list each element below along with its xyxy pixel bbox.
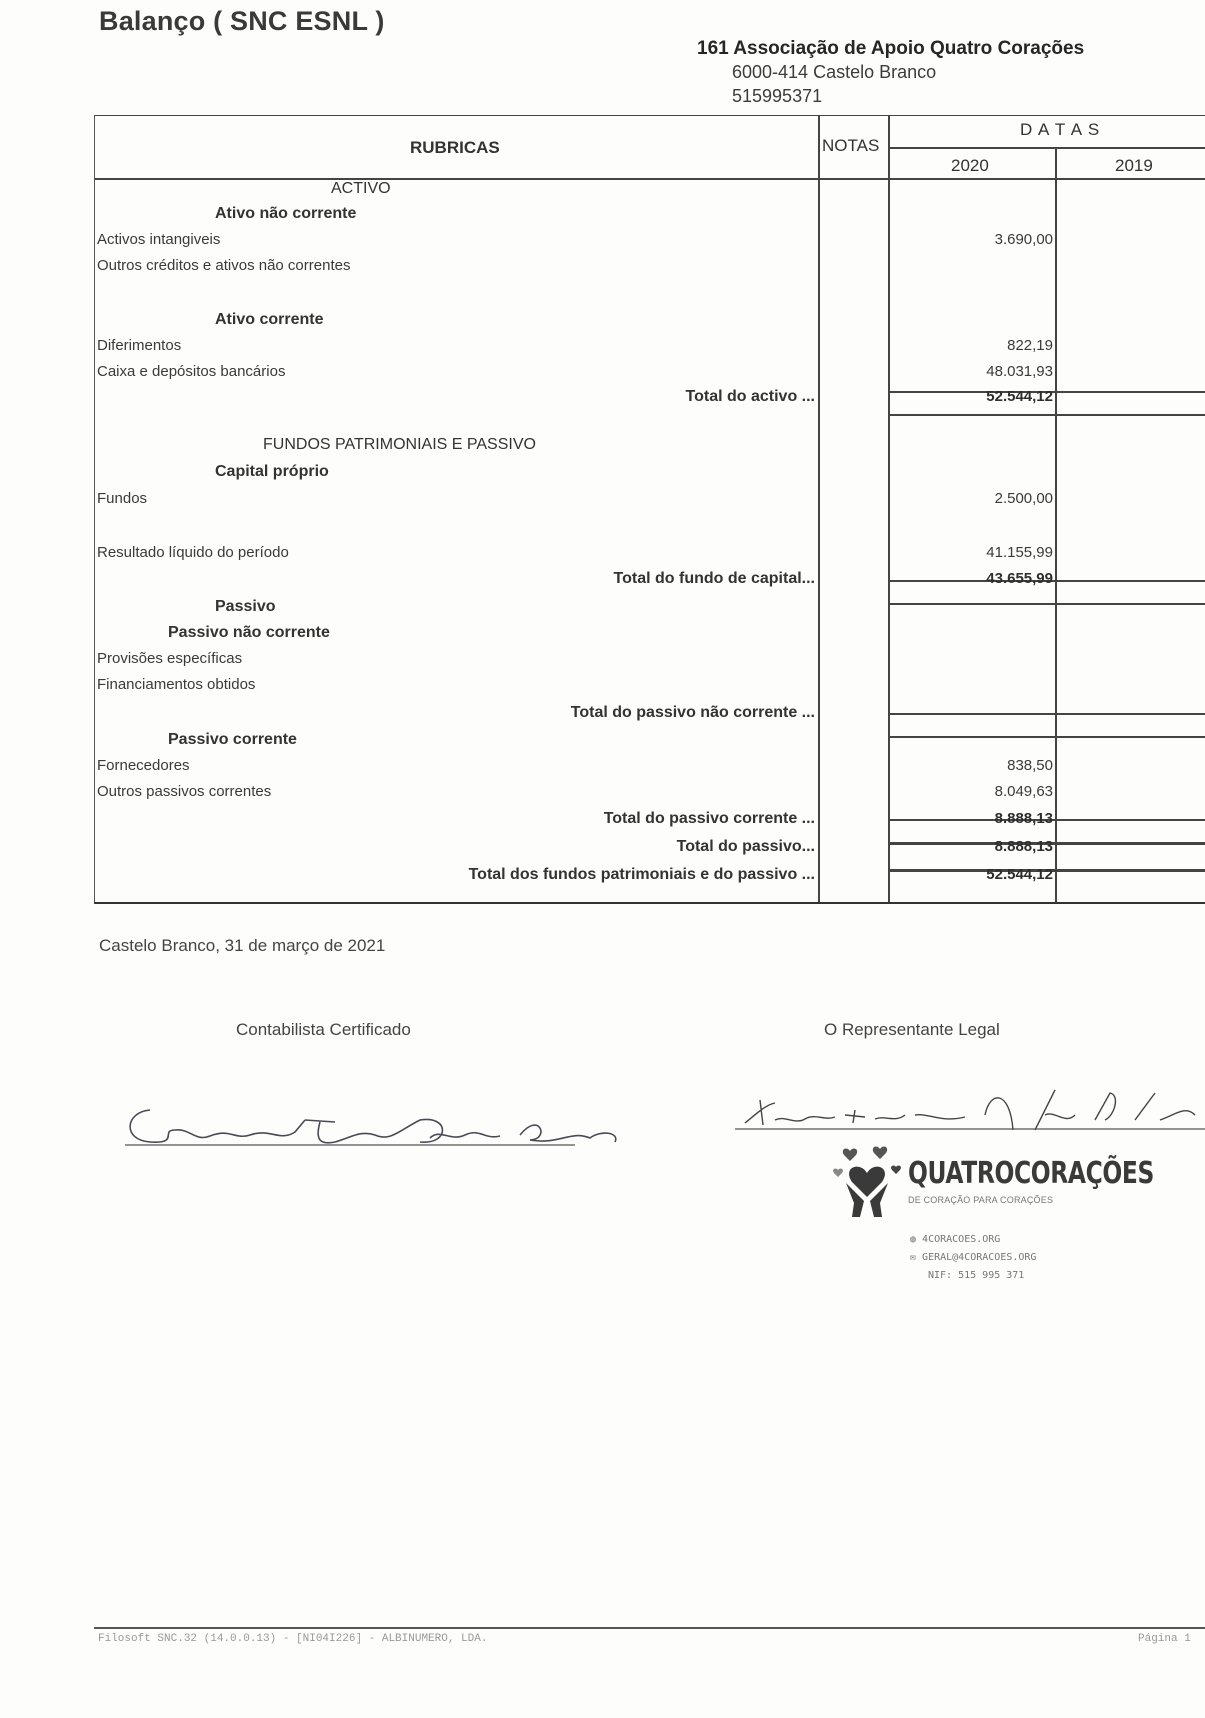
value-2020: 8.888,13 [903,838,1053,855]
value-2020: 3.690,00 [903,231,1053,248]
row-label: Ativo corrente [215,311,323,329]
representative-signature [735,1085,1205,1145]
year-2019-header: 2019 [1115,156,1153,176]
accountant-label: Contabilista Certificado [236,1020,411,1040]
globe-icon: ◍ [910,1234,922,1245]
row-label: Total do passivo não corrente ... [571,704,815,722]
value-2020: 2.500,00 [903,490,1053,507]
row-label: Provisões específicas [97,650,242,667]
value-2020: 52.544,12 [903,866,1053,883]
row-label: Total do fundo de capital... [614,570,815,588]
value-2020: 43.655,99 [903,570,1053,587]
stamp-nif: NIF: 515 995 371 [928,1270,1024,1281]
notas-divider-right [888,116,890,902]
row-label: Total dos fundos patrimoniais e do passi… [469,866,815,884]
stamp-tagline: DE CORAÇÃO PARA CORAÇÕES [908,1195,1053,1205]
document-title: Balanço ( SNC ESNL ) [99,6,385,37]
year-2020-header: 2020 [951,156,989,176]
entity-nif: 515995371 [732,86,822,107]
place-date: Castelo Branco, 31 de março de 2021 [99,936,385,956]
hearts-hands-logo-icon [832,1145,907,1220]
row-label: Resultado líquido do período [97,544,289,561]
row-label: Passivo corrente [168,731,297,749]
representative-label: O Representante Legal [824,1020,1000,1040]
row-label: FUNDOS PATRIMONIAIS E PASSIVO [263,436,536,454]
row-label: Diferimentos [97,337,181,354]
datas-header: D A T A S [1020,120,1100,140]
stamp-brand: QUATROCORAÇÕES [908,1156,1154,1191]
value-2020: 48.031,93 [903,363,1053,380]
rubricas-header: RUBRICAS [410,138,500,158]
row-label: ACTIVO [331,180,391,198]
value-2020: 8.049,63 [903,783,1053,800]
row-label: Financiamentos obtidos [97,676,255,693]
row-label: Total do activo ... [686,388,816,406]
row-label: Passivo não corrente [168,624,330,642]
row-label: Total do passivo corrente ... [604,810,815,828]
row-label: Total do passivo... [677,838,815,856]
software-footer: Filosoft SNC.32 (14.0.0.13) - [NI04I226]… [98,1633,487,1645]
row-label: Outros créditos e ativos não correntes [97,257,350,274]
year-divider [1055,148,1057,902]
stamp-website: ◍ 4CORACOES.ORG [910,1234,1000,1245]
row-label: Passivo [215,598,275,616]
value-2020: 822,19 [903,337,1053,354]
page-number: Página 1 [1138,1633,1191,1645]
row-label: Fundos [97,490,147,507]
value-2020: 52.544,12 [903,388,1053,405]
row-label: Activos intangiveis [97,231,220,248]
header-bottom-line [95,178,1205,180]
row-label: Outros passivos correntes [97,783,271,800]
accountant-signature [120,1100,640,1160]
notas-header: NOTAS [822,136,879,156]
row-label: Capital próprio [215,463,329,481]
stamp-email: ✉ GERAL@4CORACOES.ORG [910,1252,1036,1263]
notas-divider-left [818,116,820,902]
value-2020: 41.155,99 [903,544,1053,561]
balance-sheet-table: RUBRICAS NOTAS D A T A S 2020 2019 ACTIV… [94,115,1205,904]
datas-underline [888,147,1205,149]
footer-divider [94,1627,1205,1629]
entity-address: 6000-414 Castelo Branco [732,62,936,83]
mail-icon: ✉ [910,1252,922,1263]
value-2020: 8.888,13 [903,810,1053,827]
entity-name: 161 Associação de Apoio Quatro Corações [697,38,1084,60]
value-2020: 838,50 [903,757,1053,774]
row-label: Caixa e depósitos bancários [97,363,285,380]
row-label: Ativo não corrente [215,205,356,223]
row-label: Fornecedores [97,757,190,774]
